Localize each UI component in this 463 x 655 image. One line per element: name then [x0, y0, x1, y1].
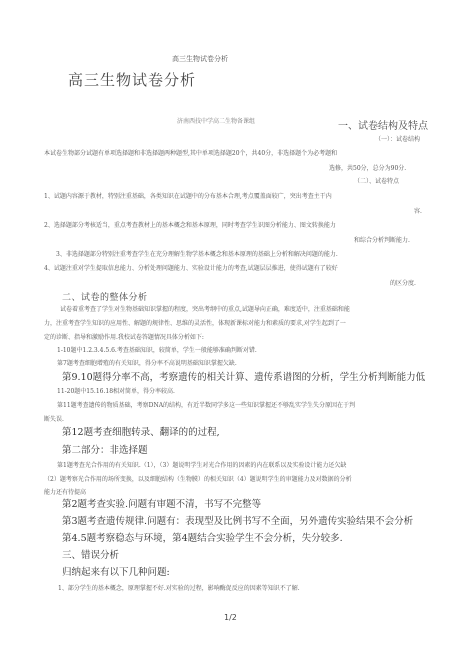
item-7: 第7题考查细胞增殖的有关知识，得分率不高说明基础知识掌握欠缺.: [57, 358, 237, 367]
section1-heading: 一、试卷结构及特点: [338, 117, 428, 132]
point-1-line2: 容.: [414, 206, 422, 215]
point-2-line1: 2、选择题部分考核适当，重点考查教材上的基本概念和基本原理，同时考查学生识图分析…: [44, 220, 336, 229]
author-line: 济南西技中学高二生物备课组: [177, 116, 255, 125]
item-11-line2: 断失误.: [44, 414, 64, 423]
q1-line3: 能力还有待提高: [44, 487, 86, 496]
point-3-line1: 3、非选择题部分特别注重考查学生在充分理解生物学基本概念和基本原理的基础上分析和…: [56, 249, 338, 258]
section2-intro-line1: 试卷着重考查了学生对生物基础知识掌握的程度，突出考纲中的重点,试题导向正确，难度…: [60, 304, 350, 313]
q2: 第2题考查实验.问题有审题不清，书写不完整等: [62, 496, 261, 510]
running-header: 高三生物试卷分析: [172, 54, 228, 64]
item-12: 第12题考查细胞转录、翻译的的过程,: [62, 424, 220, 438]
point-4-line1: 4、试题注重对学生提取信息能力、分析处理问题能力、实验设计能力的考查,试题层层推…: [44, 263, 338, 272]
point-4-line2: 的区分度.: [390, 278, 416, 287]
point-1-line1: 1、试题内容源于教材，特别注重基础，各类知识在试题中的分布基本合理,考点覆盖面较…: [44, 191, 332, 200]
section1-sub2-heading: （二）、试卷特点: [354, 176, 399, 185]
section2-intro-line3: 定的诊断、指导和激励作用.我校试卷答题情况具体分析如下:: [44, 332, 204, 341]
section2-heading: 二、试卷的整体分析: [62, 290, 148, 303]
section1-sub1-text-line1: 本试卷生物部分试题有单项选择题和非选择题两种题型,其中单项选择题20个，共40分…: [44, 148, 337, 157]
section3-item-1: 1、部分学生的基本概念，原理掌握不好.对实验的过程，影响酶促反应的因素等知识不了…: [58, 583, 300, 592]
q1-line2: （2）题考察光合作用的场所变换，以及细胞结构（生物膜）的相关知识（4）题说明学生…: [44, 474, 352, 483]
q1-line1: 第1题考查光合作用的有关知识.（1），（3）题说明学生对光合作用的因素的内在联系…: [57, 460, 346, 469]
point-2-line2: 和综合分析判断能力.: [354, 235, 410, 244]
page-number: 1/2: [224, 613, 237, 622]
item-11-20: 11-20题中15.16.18相对简单，得分率较高.: [57, 386, 175, 395]
item-1-10: 1-10题中1.2.3.4.5.6.考查基础知识，较简单，学生一般能够准确判断对…: [57, 345, 257, 354]
item-11-line1: 第11题考查遗传的物质基础，考察DNA的结构，有近半数同学多这一些知识掌握还不够…: [57, 400, 355, 409]
section2-intro-line2: 力，注重考查学生知识的应用性、解题的规律性、思维的灵活性，体现新课标对能力和素质…: [44, 318, 346, 327]
section3-summary: 归纳起来有以下几种问题:: [62, 564, 170, 578]
section3-heading: 三、错误分析: [62, 547, 119, 561]
part2-heading: 第二部分：非选择题: [62, 442, 148, 456]
q3: 第3题考查遗传规律.问题有：表现型及比例书写不全面，另外遗传实验结果不会分析: [62, 513, 413, 527]
item-9-10: 第9.10题得分率不高，考察遗传的相关计算、遗传系谱图的分析，学生分析判断能力低: [62, 369, 425, 383]
q4-5: 第4.5题考察稳态与环境，第4题结合实验学生不会分析，失分较多.: [62, 530, 343, 544]
section1-sub1-text-line2: 选修，共50分，总分为90分.: [329, 163, 406, 172]
document-title: 高三生物试卷分析: [68, 69, 196, 90]
section1-sub1-heading: （一）：试卷结构: [375, 134, 420, 143]
